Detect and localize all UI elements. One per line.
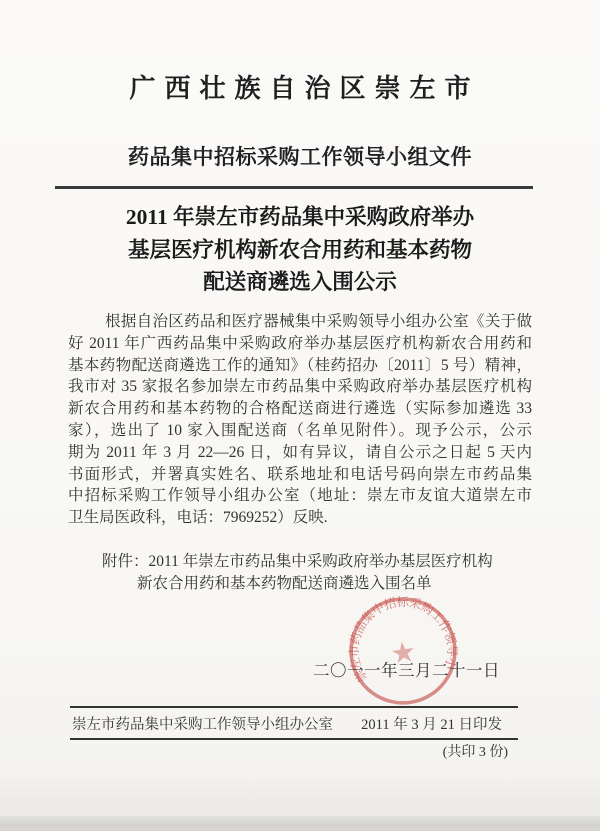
footer-print-date: 2011 年 3 月 21 日印发 bbox=[361, 713, 516, 734]
official-seal: 崇左市药品集中招标采购工作领导小组 ★ bbox=[336, 584, 469, 717]
document-title-line: 2011 年崇左市药品集中采购政府举办 bbox=[0, 201, 600, 234]
document-title-line: 配送商遴选入围公示 bbox=[0, 266, 600, 299]
document-title-line: 基层医疗机构新农合用药和基本药物 bbox=[0, 234, 600, 267]
attachment-line: 附件：2011 年崇左市药品集中采购政府举办基层医疗机构 bbox=[102, 551, 532, 573]
scan-edge-shadow bbox=[0, 816, 600, 831]
footer-issuer: 崇左市药品集中采购工作领导小组办公室 bbox=[72, 713, 333, 734]
footer-copies-count: (共印 3 份) bbox=[443, 741, 508, 761]
scanned-document-page: 广西壮族自治区崇左市 药品集中招标采购工作领导小组文件 2011 年崇左市药品集… bbox=[0, 0, 600, 831]
body-line: 好 2011 年广西药品集中采购政府举办基层医疗机构新农合用药和 bbox=[68, 333, 532, 355]
body-line: 期为 2011 年 3 月 22—26 日，如有异议，请自公示之日起 5 天内 bbox=[68, 442, 532, 464]
attachment-note: 附件：2011 年崇左市药品集中采购政府举办基层医疗机构 新农合用药和基本药物配… bbox=[68, 551, 532, 595]
body-line: 基本药物配送商遴选工作的通知》（桂药招办〔2011〕5 号）精神， bbox=[68, 355, 532, 377]
attachment-line: 新农合用药和基本药物配送商遴选入围名单 bbox=[137, 573, 532, 595]
footer-rule-bottom bbox=[70, 738, 518, 740]
document-title: 2011 年崇左市药品集中采购政府举办 基层医疗机构新农合用药和基本药物 配送商… bbox=[0, 201, 600, 299]
body-line: 书面形式，并署真实姓名、联系地址和电话号码向崇左市药品集 bbox=[68, 464, 532, 486]
footer-rule-top bbox=[70, 706, 518, 708]
body-paragraph: 根据自治区药品和医疗器械集中采购领导小组办公室《关于做 好 2011 年广西药品… bbox=[68, 311, 532, 529]
body-line: 新农合用药和基本药物的合格配送商进行遴选（实际参加遴选 33 bbox=[68, 398, 532, 420]
body-line: 我市对 35 家报名参加崇左市药品集中采购政府举办基层医疗机构 bbox=[68, 376, 532, 398]
body-line: 根据自治区药品和医疗器械集中采购领导小组办公室《关于做 bbox=[68, 311, 532, 333]
header-separator-rule bbox=[55, 186, 533, 189]
footer-row: 崇左市药品集中采购工作领导小组办公室 2011 年 3 月 21 日印发 bbox=[72, 713, 516, 734]
body-line: 家），选出了 10 家入围配送商（名单见附件）。现予公示，公示 bbox=[68, 420, 532, 442]
body-line: 中招标采购工作领导小组办公室（地址：崇左市友谊大道崇左市 bbox=[68, 485, 532, 507]
body-line: 卫生局医政科，电话：7969252）反映. bbox=[68, 507, 532, 529]
document-type-header: 药品集中招标采购工作领导小组文件 bbox=[0, 141, 600, 171]
issuing-authority-header: 广西壮族自治区崇左市 bbox=[0, 68, 600, 105]
seal-star-icon: ★ bbox=[389, 637, 419, 671]
